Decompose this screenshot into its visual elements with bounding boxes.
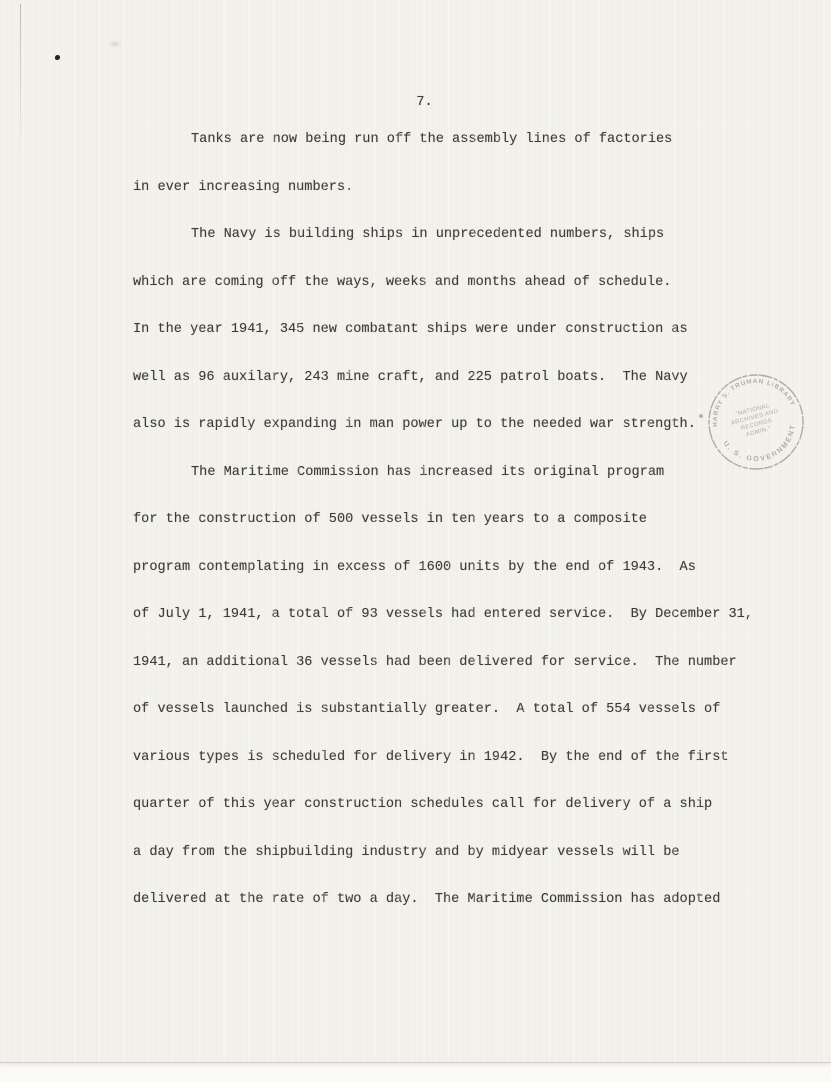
typed-line: The Navy is building ships in unpreceden… [133,211,793,259]
ink-dot [55,55,60,60]
typed-line: delivered at the rate of two a day. The … [133,876,793,924]
typed-line: of vessels launched is substantially gre… [133,686,793,734]
typed-line: of July 1, 1941, a total of 93 vessels h… [133,591,793,639]
typed-line: various types is scheduled for delivery … [133,734,793,782]
typed-line: also is rapidly expanding in man power u… [133,401,793,449]
typed-line: a day from the shipbuilding industry and… [133,829,793,877]
typed-line: in ever increasing numbers. [133,164,793,212]
typed-line: which are coming off the ways, weeks and… [133,259,793,307]
typed-line: quarter of this year construction schedu… [133,781,793,829]
scanned-document: 7. Tanks are now being run off the assem… [0,0,831,1082]
typed-line: program contemplating in excess of 1600 … [133,544,793,592]
typed-line: for the construction of 500 vessels in t… [133,496,793,544]
typed-line: In the year 1941, 345 new combatant ship… [133,306,793,354]
typed-text-block: Tanks are now being run off the assembly… [133,116,793,924]
typed-line: The Maritime Commission has increased it… [133,449,793,497]
typed-line: Tanks are now being run off the assembly… [133,116,793,164]
typed-line: 1941, an additional 36 vessels had been … [133,639,793,687]
paper-sheet: 7. Tanks are now being run off the assem… [0,0,831,1062]
paper-smudge [108,40,122,48]
